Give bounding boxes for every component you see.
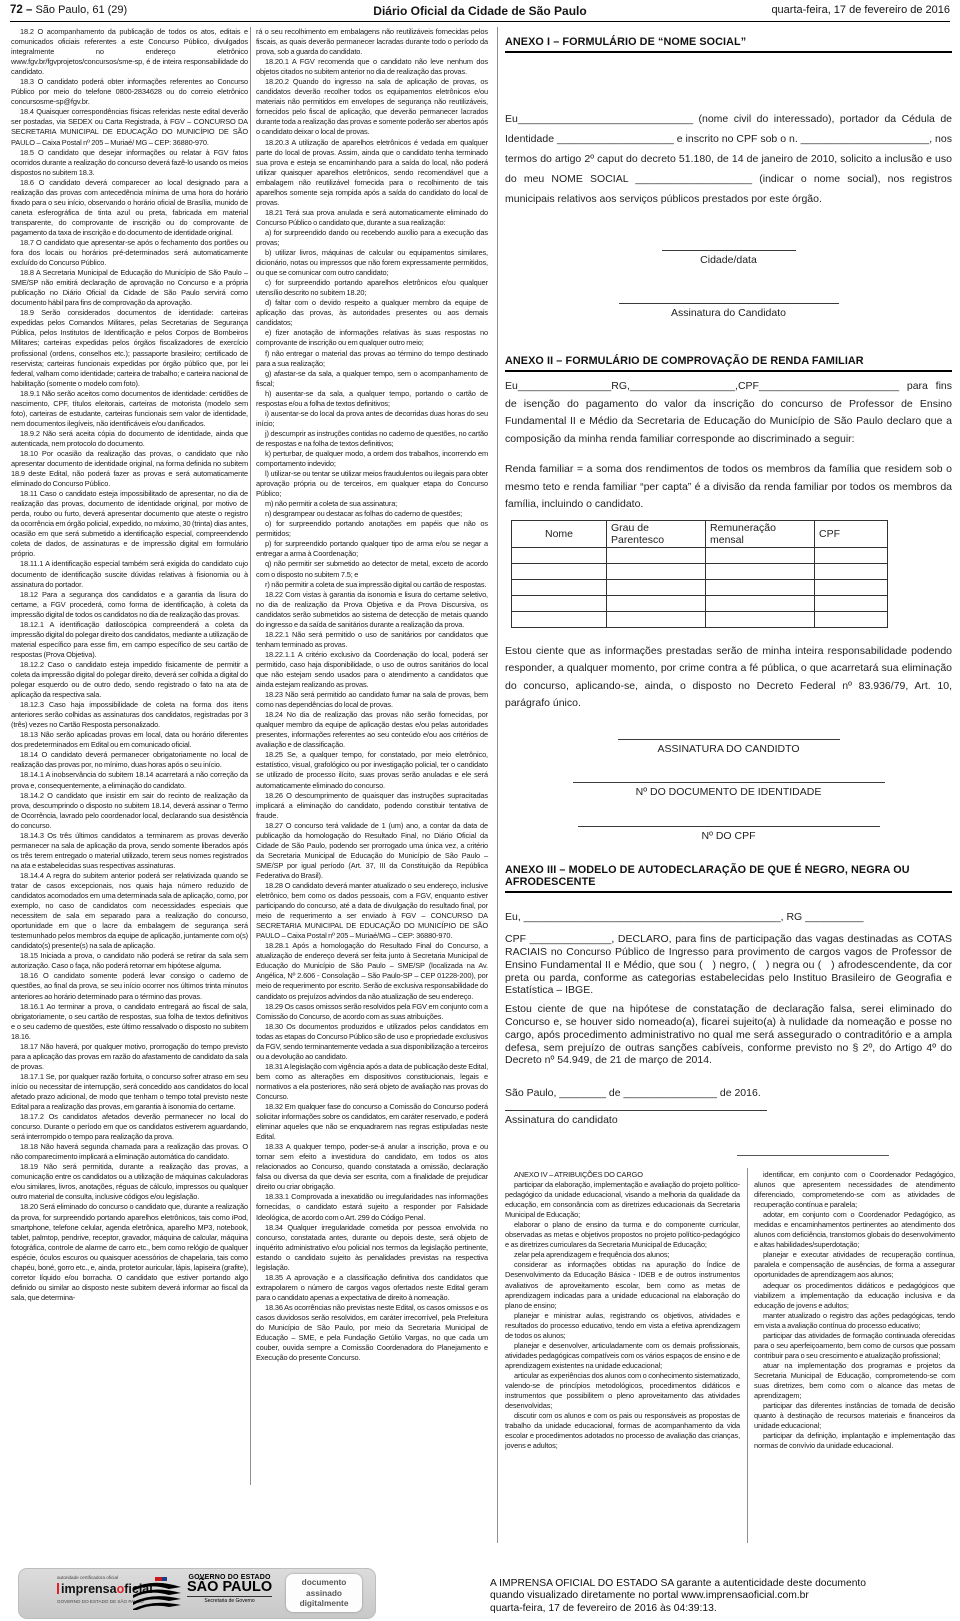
edital-paragraph: o) for surpreendido portando anotações e… <box>256 519 488 539</box>
anexo3-date-line: São Paulo, ________ de ________________ … <box>505 1087 952 1100</box>
anexo2-intro: Eu________________RG,__________________,… <box>505 378 952 448</box>
edital-paragraph: 18.29 Os casos omissos serão resolvidos … <box>256 1002 488 1022</box>
edital-paragraph: 18.4 Quaisquer correspondências físicas … <box>11 107 248 147</box>
header-date: quarta-feira, 17 de fevereiro de 2016 <box>771 4 950 16</box>
renda-table-row <box>512 595 888 611</box>
authenticity-line: A IMPRENSA OFICIAL DO ESTADO SA garante … <box>490 1578 866 1590</box>
edital-paragraph: 18.20.2 Quando do ingresso na sala de ap… <box>256 77 488 137</box>
authenticity-line: quarta-feira, 17 de fevereiro de 2016 às… <box>490 1603 866 1615</box>
edital-paragraph: 18.16.1 Ao terminar a prova, o candidato… <box>11 1002 248 1042</box>
renda-table-cell <box>815 563 888 579</box>
page-header: 72 – São Paulo, 61 (29) Diário Oficial d… <box>10 0 950 22</box>
attribution-paragraph: ANEXO IV – ATRIBUIÇÕES DO CARGO <box>505 1170 740 1180</box>
edital-paragraph: 18.14 O candidato deverá permanecer obri… <box>11 750 248 770</box>
renda-table-cell <box>815 595 888 611</box>
cpf-number-label: Nº DO CPF <box>578 830 880 842</box>
edital-paragraph: 18.14.2 O candidato que insistir em sair… <box>11 791 248 831</box>
edital-paragraph: 18.18 Não haverá segunda chamada para a … <box>11 1142 248 1162</box>
attribution-paragraph: adequar os procedimentos didáticos e ped… <box>754 1281 955 1311</box>
edital-paragraph: 18.28.1 Após a homologação do Resultado … <box>256 941 488 1001</box>
horizontal-rule <box>737 1155 889 1156</box>
edital-paragraph: e) fizer anotação de informações relativ… <box>256 328 488 348</box>
renda-table-header: Grau de Parentesco <box>607 520 706 547</box>
edital-paragraph: 18.22.1.1 A critério exclusivo da Coorde… <box>256 650 488 690</box>
identity-number-block: Nº DO DOCUMENTO DE IDENTIDADE <box>573 782 885 798</box>
attribution-paragraph: considerar as informações obtidas na apu… <box>505 1260 740 1310</box>
renda-table-row <box>512 611 888 627</box>
renda-table-header: Remuneração mensal <box>706 520 815 547</box>
anexo4-column-2: identificar, em conjunto com o Coordenad… <box>754 1170 955 1451</box>
edital-paragraph: h) ausentar-se da sala, a qualquer tempo… <box>256 389 488 409</box>
renda-table-cell <box>706 595 815 611</box>
edital-paragraph: b) utilizar livros, máquinas de calcular… <box>256 248 488 278</box>
renda-table-cell <box>607 563 706 579</box>
signed-badge-line: digitalmente <box>286 1598 362 1609</box>
edital-paragraph: 18.35 A aprovação e a classificação defi… <box>256 1273 488 1303</box>
renda-table-cell <box>607 611 706 627</box>
renda-table-cell <box>512 595 607 611</box>
edital-paragraph: n) desgrampear ou destacar as folhas do … <box>256 509 488 519</box>
attribution-paragraph: participar da definição, implantação e i… <box>754 1431 955 1451</box>
edital-paragraph: 18.9 Serão considerados documentos de id… <box>11 308 248 388</box>
renda-table-row <box>512 547 888 563</box>
attribution-paragraph: planejar e executar atividades de recupe… <box>754 1250 955 1280</box>
column-divider <box>497 27 498 1543</box>
edital-paragraph: 18.20.3 A utilização de aparelhos eletrô… <box>256 138 488 208</box>
renda-table-cell <box>815 547 888 563</box>
renda-table-cell <box>706 547 815 563</box>
anexo2-signature-label: ASSINATURA DO CANDIDTO <box>618 743 840 755</box>
edital-paragraph: 18.3 O candidato poderá obter informaçõe… <box>11 77 248 107</box>
column-divider <box>250 27 251 1485</box>
renda-table-cell <box>815 611 888 627</box>
edital-paragraph: 18.20 Será eliminado do concurso o candi… <box>11 1202 248 1302</box>
edital-paragraph: 18.22.1 Não será permitido o uso de sani… <box>256 630 488 650</box>
edital-paragraph: 18.12.2 Caso o candidato esteja impedido… <box>11 660 248 700</box>
sp-flag-icon <box>131 1576 183 1610</box>
anexo4-column-1: ANEXO IV – ATRIBUIÇÕES DO CARGOparticipa… <box>505 1170 740 1451</box>
candidate-signature-label: Assinatura do Candidato <box>619 307 839 319</box>
renda-table-header: Nome <box>512 520 607 547</box>
red-bar-icon <box>57 1583 59 1594</box>
signature-line <box>573 782 885 784</box>
edital-paragraph: 18.9.2 Não será aceita cópia do document… <box>11 429 248 449</box>
brand-text: imprensa <box>61 1582 117 1596</box>
renda-table-cell <box>706 611 815 627</box>
edital-paragraph: 18.17.2 Os candidatos afetados deverão p… <box>11 1112 248 1142</box>
edital-paragraph: 18.14.3 Os três últimos candidatos a ter… <box>11 831 248 871</box>
annex-forms-column: ANEXO I – FORMULÁRIO DE “NOME SOCIAL” Eu… <box>505 28 952 1126</box>
renda-table-cell <box>607 579 706 595</box>
edital-paragraph: 18.14.1 A inobservância do subitem 18.14… <box>11 770 248 790</box>
edital-paragraph: g) afastar-se da sala, a qualquer tempo,… <box>256 369 488 389</box>
anexo3-disclaimer: Estou ciente de que na hipótese de const… <box>505 1003 952 1067</box>
edital-paragraph: 18.8 A Secretaria Municipal de Educação … <box>11 268 248 308</box>
renda-table-cell <box>815 579 888 595</box>
anexo3-signature-block: Assinatura do candidato <box>505 1110 767 1126</box>
edital-paragraph: 18.19 Não será permitida, durante a real… <box>11 1162 248 1202</box>
edital-paragraph: 18.20.1 A FGV recomenda que o candidato … <box>256 57 488 77</box>
renda-table-cell <box>512 547 607 563</box>
signed-badge-line: assinado <box>286 1588 362 1599</box>
edital-paragraph: i) ausentar-se do local da prova antes d… <box>256 409 488 429</box>
gov-line2: SÃO PAULO <box>187 1581 272 1594</box>
signature-line <box>662 250 796 252</box>
edital-paragraph: 18.12.3 Caso haja impossibilidade de col… <box>11 700 248 730</box>
authenticity-notice: A IMPRENSA OFICIAL DO ESTADO SA garante … <box>490 1578 866 1615</box>
edital-paragraph: 18.16 O candidato somente poderá levar c… <box>11 971 248 1001</box>
edital-paragraph: j) descumprir as instruções contidas no … <box>256 429 488 449</box>
attribution-paragraph: zelar pela aprendizagem e frequência dos… <box>505 1250 740 1260</box>
anexo2-title: ANEXO II – FORMULÁRIO DE COMPROVAÇÃO DE … <box>505 355 952 372</box>
edital-paragraph: 18.12.1 A identificação datiloscópica co… <box>11 620 248 660</box>
edital-paragraph: 18.33.1 Comprovada a inexatidão ou irreg… <box>256 1192 488 1222</box>
anexo3-title: ANEXO III – MODELO DE AUTODECLARAÇÃO DE … <box>505 864 952 893</box>
edital-paragraph: 18.6 O candidato deverá comparecer ao lo… <box>11 178 248 238</box>
edital-paragraph: rá o seu recolhimento em embalagens não … <box>256 27 488 57</box>
attribution-paragraph: adotar, em conjunto com o Coordenador Pe… <box>754 1210 955 1250</box>
renda-table-row <box>512 563 888 579</box>
renda-table-header: CPF <box>815 520 888 547</box>
renda-table: NomeGrau de ParentescoRemuneração mensal… <box>511 520 888 628</box>
authenticity-line: quando visualizado diretamente no portal… <box>490 1590 866 1602</box>
column-divider <box>747 1168 748 1543</box>
attribution-paragraph: articular as experiências dos alunos com… <box>505 1371 740 1411</box>
edital-paragraph: m) não permitir a coleta de sua assinatu… <box>256 499 488 509</box>
attribution-paragraph: planejar e ministrar aulas, registrando … <box>505 1311 740 1341</box>
edital-paragraph: 18.32 Em qualquer fase do concurso a Com… <box>256 1102 488 1142</box>
edital-paragraph: d) faltar com o devido respeito a qualqu… <box>256 298 488 328</box>
renda-table-cell <box>607 595 706 611</box>
edital-paragraph: 18.23 Não será permitido ao candidato fu… <box>256 690 488 710</box>
edital-paragraph: 18.7 O candidato que apresentar-se após … <box>11 238 248 268</box>
edital-paragraph: q) não permitir ser submetido ao detecto… <box>256 559 488 579</box>
renda-table-cell <box>706 579 815 595</box>
anexo3-signature-label: Assinatura do candidato <box>505 1114 767 1126</box>
gov-line3: Secretaria de Governo <box>187 1596 272 1604</box>
anexo1-title: ANEXO I – FORMULÁRIO DE “NOME SOCIAL” <box>505 36 952 53</box>
attribution-paragraph: atuar na implementação dos programas e p… <box>754 1361 955 1401</box>
edital-paragraph: 18.2 O acompanhamento da publicação de t… <box>11 27 248 77</box>
text-column-left: 18.2 O acompanhamento da publicação de t… <box>11 27 248 1303</box>
sao-paulo-government-logo: GOVERNO DO ESTADO SÃO PAULO Secretaria d… <box>131 1574 281 1614</box>
identity-number-label: Nº DO DOCUMENTO DE IDENTIDADE <box>573 786 885 798</box>
gazette-page: 72 – São Paulo, 61 (29) Diário Oficial d… <box>0 0 960 1621</box>
renda-table-row <box>512 579 888 595</box>
anexo2-signature-block: ASSINATURA DO CANDIDTO <box>618 739 840 755</box>
anexo3-line1: Eu, ____________________________________… <box>505 911 952 924</box>
edital-paragraph: 18.24 No dia de realização das provas nã… <box>256 710 488 750</box>
edital-paragraph: 18.9.1 Não serão aceitos como documentos… <box>11 389 248 429</box>
footer-certification-bar: autoridade certificadora oficial imprens… <box>18 1568 376 1619</box>
edital-paragraph: 18.30 Os documentos produzidos e utiliza… <box>256 1022 488 1062</box>
edital-paragraph: 18.33 A qualquer tempo, poder-se-á anula… <box>256 1142 488 1192</box>
signed-badge-line: documento <box>286 1577 362 1588</box>
edital-paragraph: 18.31 A legislação com vigência após a d… <box>256 1062 488 1102</box>
edital-paragraph: c) for surpreendido portando aparelhos e… <box>256 278 488 298</box>
renda-table-cell <box>607 547 706 563</box>
edital-paragraph: p) for surpreendido portando qualquer ti… <box>256 539 488 559</box>
cpf-number-block: Nº DO CPF <box>578 826 880 842</box>
edital-paragraph: 18.21 Terá sua prova anulada e será auto… <box>256 208 488 228</box>
edital-paragraph: 18.17.1 Se, por qualquer razão fortuita,… <box>11 1072 248 1112</box>
edital-paragraph: 18.28 O candidato deverá manter atualiza… <box>256 881 488 941</box>
edital-paragraph: 18.25 Se, a qualquer tempo, for constata… <box>256 750 488 790</box>
attribution-paragraph: participar das diferentes instâncias de … <box>754 1401 955 1431</box>
renda-table-cell <box>706 563 815 579</box>
edital-paragraph: 18.10 Por ocasião da realização das prov… <box>11 449 248 489</box>
anexo2-disclaimer: Estou ciente que as informações prestada… <box>505 643 952 713</box>
anexo1-body: Eu______________________________ (nome c… <box>505 109 952 209</box>
edital-paragraph: f) não entregar o material das provas ao… <box>256 349 488 369</box>
edital-paragraph: 18.15 Iniciada a prova, o candidato não … <box>11 951 248 971</box>
attribution-paragraph: participar das atividades de formação co… <box>754 1331 955 1361</box>
edital-paragraph: 18.26 O descumprimento de quaisquer das … <box>256 791 488 821</box>
edital-paragraph: k) perturbar, de qualquer modo, a ordem … <box>256 449 488 469</box>
attribution-paragraph: discutir com os alunos e com os pais ou … <box>505 1411 740 1451</box>
attribution-paragraph: manter atualizado o registro das ações p… <box>754 1311 955 1331</box>
edital-paragraph: l) utilizar-se ou tentar se utilizar mei… <box>256 469 488 499</box>
attribution-paragraph: elaborar o plano de ensino da turma e do… <box>505 1220 740 1250</box>
edital-paragraph: 18.27 O concurso terá validade de 1 (um)… <box>256 821 488 881</box>
digitally-signed-badge: documentoassinadodigitalmente <box>286 1574 362 1612</box>
anexo2-definition: Renda familiar = a soma dos rendimentos … <box>505 461 952 514</box>
edital-paragraph: 18.22 Com vistas à garantia da isonomia … <box>256 590 488 630</box>
edital-paragraph: 18.14.4 A regra do subitem anterior pode… <box>11 871 248 951</box>
signature-line <box>618 739 840 741</box>
edital-paragraph: 18.12 Para a segurança dos candidatos e … <box>11 590 248 620</box>
renda-table-cell <box>512 611 607 627</box>
attribution-paragraph: planejar e desenvolver, articuladamente … <box>505 1341 740 1371</box>
renda-table-cell <box>512 579 607 595</box>
attribution-paragraph: participar da elaboração, implementação … <box>505 1180 740 1220</box>
signature-line <box>578 826 880 828</box>
city-date-signature-block: Cidade/data <box>662 250 796 266</box>
candidate-signature-block: Assinatura do Candidato <box>619 303 839 319</box>
edital-paragraph: 18.36 As ocorrências não previstas neste… <box>256 1303 488 1363</box>
signature-line <box>505 1110 767 1112</box>
edital-paragraph: r) não permitir a coleta de sua impressã… <box>256 580 488 590</box>
edital-paragraph: a) for surpreendido dando ou recebendo a… <box>256 228 488 248</box>
edital-paragraph: 18.5 O candidato que desejar informações… <box>11 148 248 178</box>
edital-paragraph: 18.11.1 A identificação especial também … <box>11 559 248 589</box>
edital-paragraph: 18.11 Caso o candidato esteja impossibil… <box>11 489 248 559</box>
signature-line <box>619 303 839 305</box>
edital-paragraph: 18.13 Não serão aplicadas provas em loca… <box>11 730 248 750</box>
attribution-paragraph: identificar, em conjunto com o Coordenad… <box>754 1170 955 1210</box>
edital-paragraph: 18.34 Qualquer irregularidade cometida p… <box>256 1223 488 1273</box>
sp-logo-text: GOVERNO DO ESTADO SÃO PAULO Secretaria d… <box>187 1574 272 1604</box>
renda-table-cell <box>512 563 607 579</box>
city-date-label: Cidade/data <box>662 254 796 266</box>
text-column-middle: rá o seu recolhimento em embalagens não … <box>256 27 488 1363</box>
anexo3-body: CPF ______________, DECLARO, para fins d… <box>505 933 952 997</box>
edital-paragraph: 18.17 Não haverá, por qualquer motivo, p… <box>11 1042 248 1072</box>
